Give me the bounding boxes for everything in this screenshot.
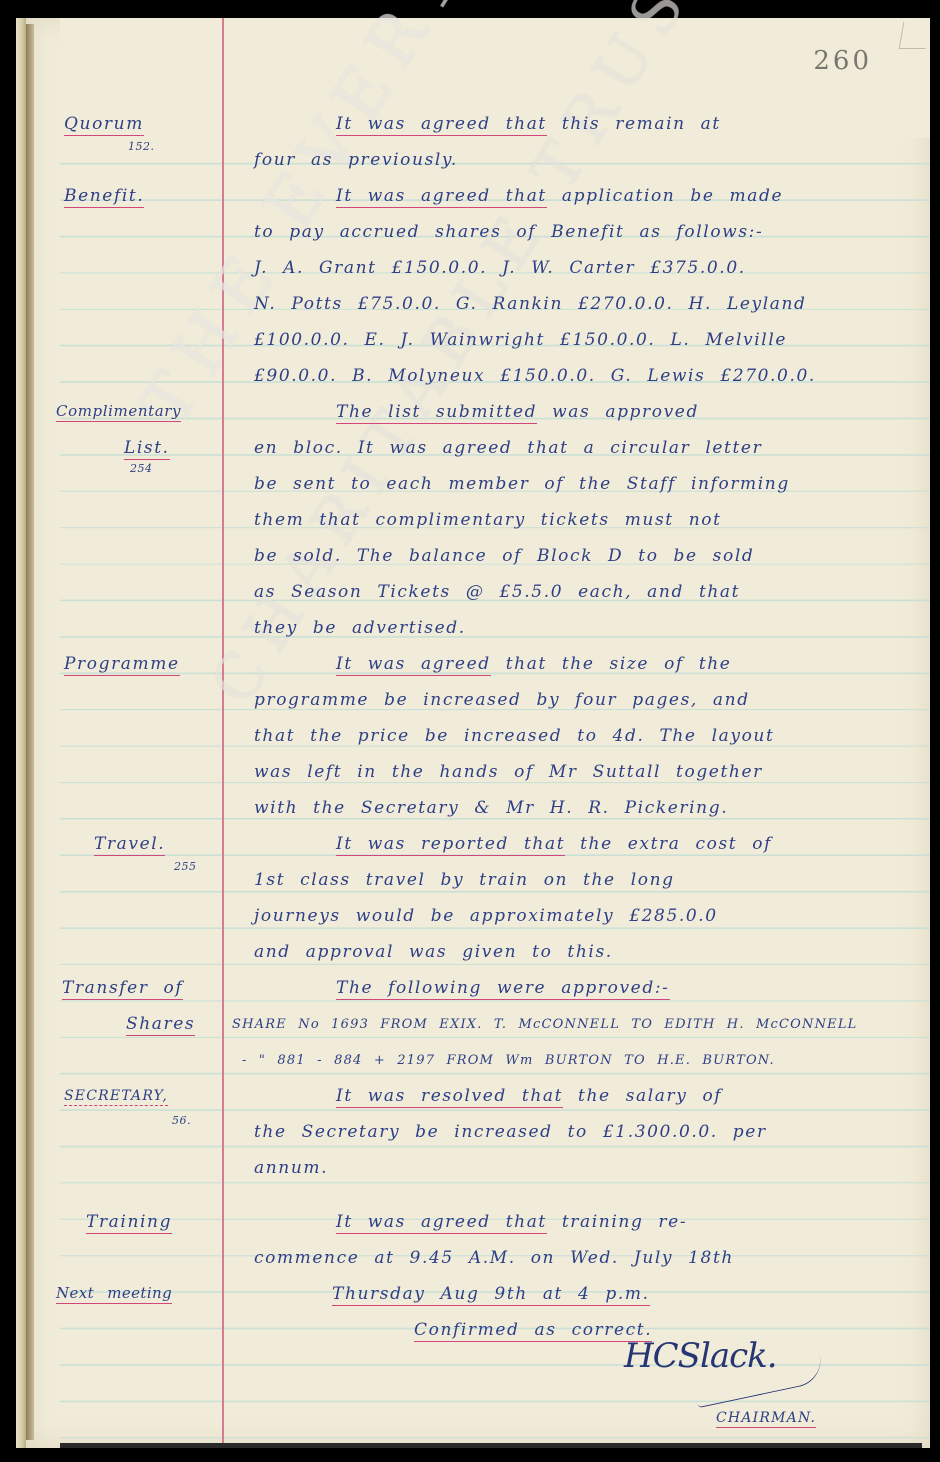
minute-transfer-line-3: - " 881 - 884 + 2197 FROM Wm BURTON TO H… xyxy=(242,1053,775,1068)
margin-heading-list: List. xyxy=(124,438,170,460)
margin-heading-training: Training xyxy=(86,1212,172,1234)
minute-programme-line-2: programme be increased by four pages, an… xyxy=(254,690,750,710)
minute-next-meeting-line-1: Thursday Aug 9th at 4 p.m. xyxy=(332,1284,650,1306)
margin-ref-secretary: 56. xyxy=(172,1114,191,1127)
margin-heading-benefit: Benefit. xyxy=(64,186,144,208)
margin-heading-transfer-of: Transfer of xyxy=(62,978,183,1000)
margin-ref-quorum: 152. xyxy=(128,140,155,153)
minutes-book-page: 260 THE EVERTON COLLECTION CHARITABLE TR… xyxy=(26,18,930,1448)
margin-heading-travel: Travel. xyxy=(94,834,165,856)
minute-quorum-line-1: It was agreed that this remain at xyxy=(336,114,721,134)
minute-complimentary-line-5: be sold. The balance of Block D to be so… xyxy=(254,546,754,566)
page-number: 260 xyxy=(813,46,872,76)
confirmation-text: Confirmed as correct. xyxy=(414,1320,652,1342)
minute-transfer-line-1: The following were approved:- xyxy=(336,978,670,998)
minute-benefit-line-2: to pay accrued shares of Benefit as foll… xyxy=(254,222,763,242)
margin-heading-shares: Shares xyxy=(126,1014,195,1036)
minute-secretary-line-1: It was resolved that the salary of xyxy=(336,1086,722,1106)
book-binding-edge xyxy=(16,18,26,1448)
minute-benefit-line-6: £90.0.0. B. Molyneux £150.0.0. G. Lewis … xyxy=(254,366,816,386)
minute-training-line-1: It was agreed that training re- xyxy=(336,1212,687,1232)
minute-complimentary-line-6: as Season Tickets @ £5.5.0 each, and tha… xyxy=(254,582,740,602)
margin-heading-quorum: Quorum xyxy=(64,114,144,136)
margin-ref-travel: 255 xyxy=(174,860,197,873)
minute-travel-line-4: and approval was given to this. xyxy=(254,942,613,962)
minute-complimentary-line-3: be sent to each member of the Staff info… xyxy=(254,474,790,494)
margin-heading-next-meeting: Next meeting xyxy=(56,1284,172,1304)
minute-benefit-line-3: J. A. Grant £150.0.0. J. W. Carter £375.… xyxy=(254,258,746,278)
minute-programme-line-3: that the price be increased to 4d. The l… xyxy=(254,726,774,746)
minute-transfer-line-2: SHARE No 1693 FROM EXIX. T. McCONNELL TO… xyxy=(232,1017,858,1032)
minute-secretary-line-3: annum. xyxy=(254,1158,328,1178)
minute-travel-line-1: It was reported that the extra cost of xyxy=(336,834,772,854)
minute-programme-line-5: with the Secretary & Mr H. R. Pickering. xyxy=(254,798,728,818)
margin-rule xyxy=(222,18,224,1448)
minute-travel-line-2: 1st class travel by train on the long xyxy=(254,870,675,890)
minute-programme-line-4: was left in the hands of Mr Suttall toge… xyxy=(254,762,763,782)
margin-heading-programme: Programme xyxy=(64,654,180,676)
minute-complimentary-line-4: them that complimentary tickets must not xyxy=(254,510,722,530)
minute-complimentary-line-1: The list submitted was approved xyxy=(336,402,699,422)
chairman-title: CHAIRMAN. xyxy=(716,1410,816,1428)
minute-benefit-line-5: £100.0.0. E. J. Wainwright £150.0.0. L. … xyxy=(254,330,787,350)
minute-benefit-line-1: It was agreed that application be made xyxy=(336,186,783,206)
minute-quorum-line-2: four as previously. xyxy=(254,150,458,170)
folded-corner xyxy=(899,22,931,49)
margin-heading-secretary: SECRETARY, xyxy=(64,1088,168,1106)
margin-ref-complimentary: 254 xyxy=(130,462,153,475)
minute-complimentary-line-7: they be advertised. xyxy=(254,618,466,638)
minute-benefit-line-4: N. Potts £75.0.0. G. Rankin £270.0.0. H.… xyxy=(254,294,807,314)
minute-travel-line-3: journeys would be approximately £285.0.0 xyxy=(254,906,718,926)
minute-secretary-line-2: the Secretary be increased to £1.300.0.0… xyxy=(254,1122,767,1142)
minute-training-line-2: commence at 9.45 A.M. on Wed. July 18th xyxy=(254,1248,734,1268)
page-gutter-shadow xyxy=(26,24,34,1440)
margin-heading-complimentary: Complimentary xyxy=(56,402,181,422)
minute-programme-line-1: It was agreed that the size of the xyxy=(336,654,731,674)
minute-complimentary-line-2: en bloc. It was agreed that a circular l… xyxy=(254,438,762,458)
